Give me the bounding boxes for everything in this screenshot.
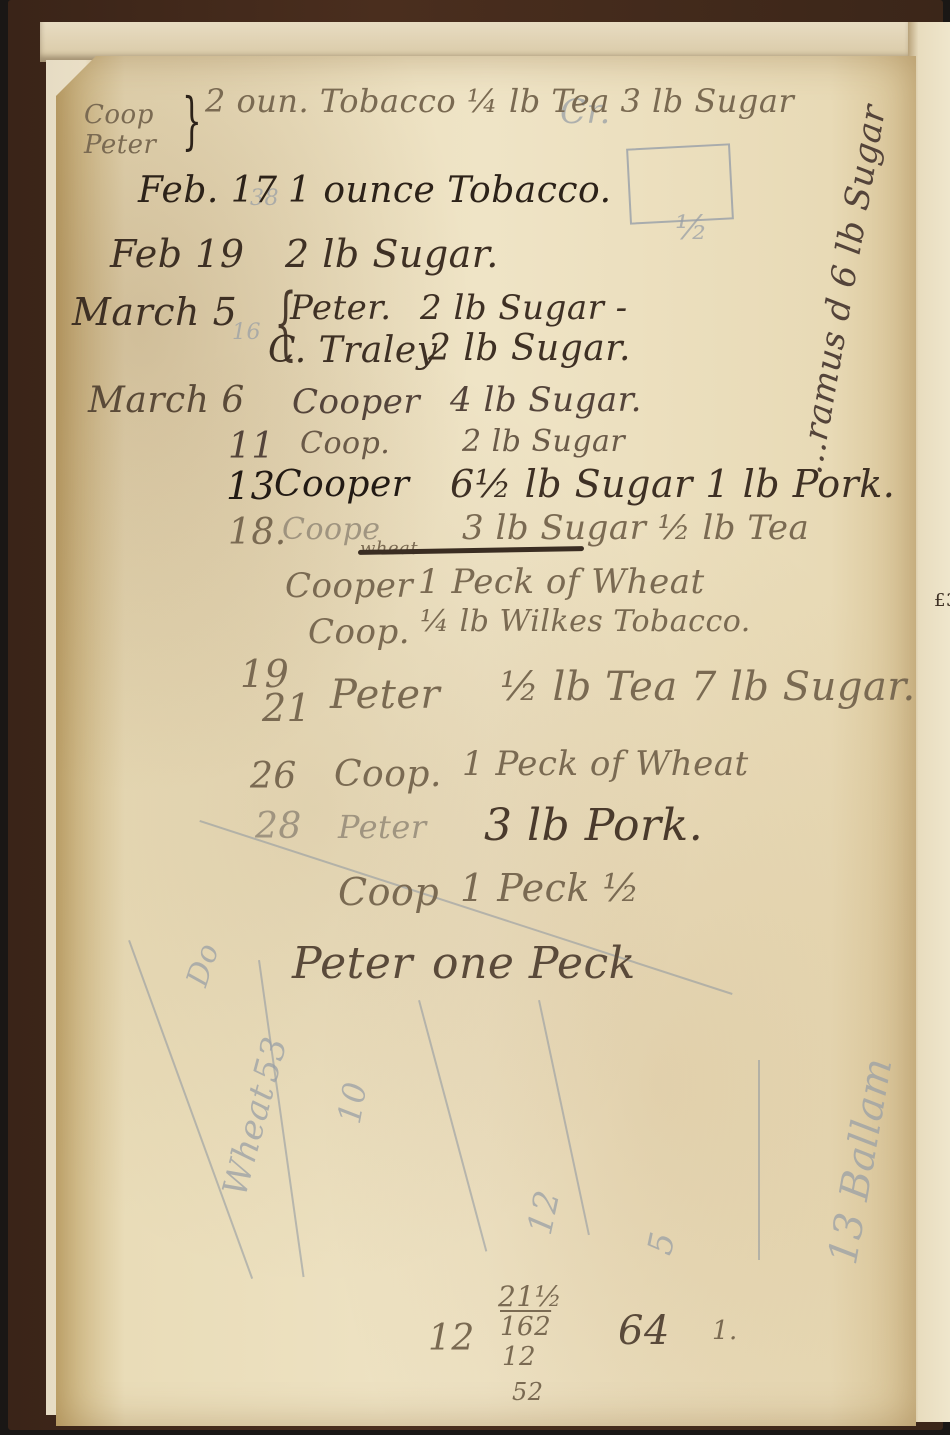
entry-items: one Peck: [432, 938, 636, 989]
calc-top: 21½: [498, 1280, 562, 1313]
entry-items: 2 lb Sugar -: [420, 288, 628, 328]
entry-items: 3 lb Sugar ½ lb Tea: [462, 508, 809, 548]
entry-name: Cooper: [292, 382, 420, 422]
entry-name: Cooper: [285, 566, 413, 606]
entry-date: Feb 19: [110, 232, 245, 276]
pencil-box-note: ½: [675, 208, 708, 248]
header-brace: }: [182, 84, 202, 157]
entry-items: 2 lb Sugar: [462, 424, 625, 459]
entry-name: Cooper: [274, 464, 409, 505]
entry-name: Peter: [330, 672, 440, 718]
entry-items: 1 Peck of Wheat: [462, 744, 749, 784]
entry-items: ½ lb Tea 7 lb Sugar.: [500, 664, 916, 710]
entry-date: 18.: [228, 512, 287, 553]
entry-items: 1 ounce Tobacco.: [288, 170, 612, 211]
entry-items: 4 lb Sugar.: [450, 380, 642, 420]
calc-lower: 12: [502, 1342, 536, 1372]
pencil-stroke: [759, 1060, 761, 1260]
pencil-vertical-note: 10: [330, 1079, 375, 1127]
entry-name: Peter: [338, 808, 427, 846]
entry-items: ¼ lb Wilkes Tobacco.: [420, 604, 751, 639]
calc-right: 64: [618, 1308, 670, 1354]
entry-items: 1 Peck of Wheat: [418, 562, 705, 602]
entry-items: 2 lb Sugar.: [285, 232, 499, 276]
header-names: Coop Peter: [84, 100, 156, 160]
entry-items: 1 Peck ½: [460, 866, 640, 910]
entry-name: Peter.: [290, 288, 392, 328]
entry-date: 13: [226, 464, 275, 508]
entry-date: 21: [262, 686, 311, 730]
header-name-peter: Peter: [84, 130, 156, 160]
entry-name: Coop.: [308, 612, 410, 652]
entry-date: 28: [255, 806, 302, 847]
entry-name: Peter: [292, 938, 413, 989]
entry-name: Coop.: [300, 426, 390, 461]
entry-items: 3 lb Pork.: [484, 800, 703, 851]
entry-date: March 5: [72, 290, 237, 334]
entry-date: 11: [228, 426, 275, 467]
entry-items: 2 lb Sugar.: [428, 328, 631, 369]
calc-middle: 162: [500, 1312, 551, 1342]
calc-far-right: 1.: [712, 1316, 738, 1346]
entry-name: C. Traley: [268, 330, 438, 371]
entry-date: Feb. 17: [138, 170, 278, 211]
header-items: 2 oun. Tobacco ¼ lb Tea 3 lb Sugar: [205, 82, 794, 120]
entry-date: March 6: [88, 380, 245, 421]
entry-date: 26: [250, 756, 297, 797]
calc-result: 52: [512, 1378, 544, 1406]
header-name-coop: Coop: [84, 100, 156, 130]
entry-name: Coop.: [334, 754, 442, 795]
entry-name: Coop: [338, 870, 439, 914]
right-page-mark: £3: [934, 590, 950, 611]
calc-left: 12: [428, 1318, 475, 1359]
